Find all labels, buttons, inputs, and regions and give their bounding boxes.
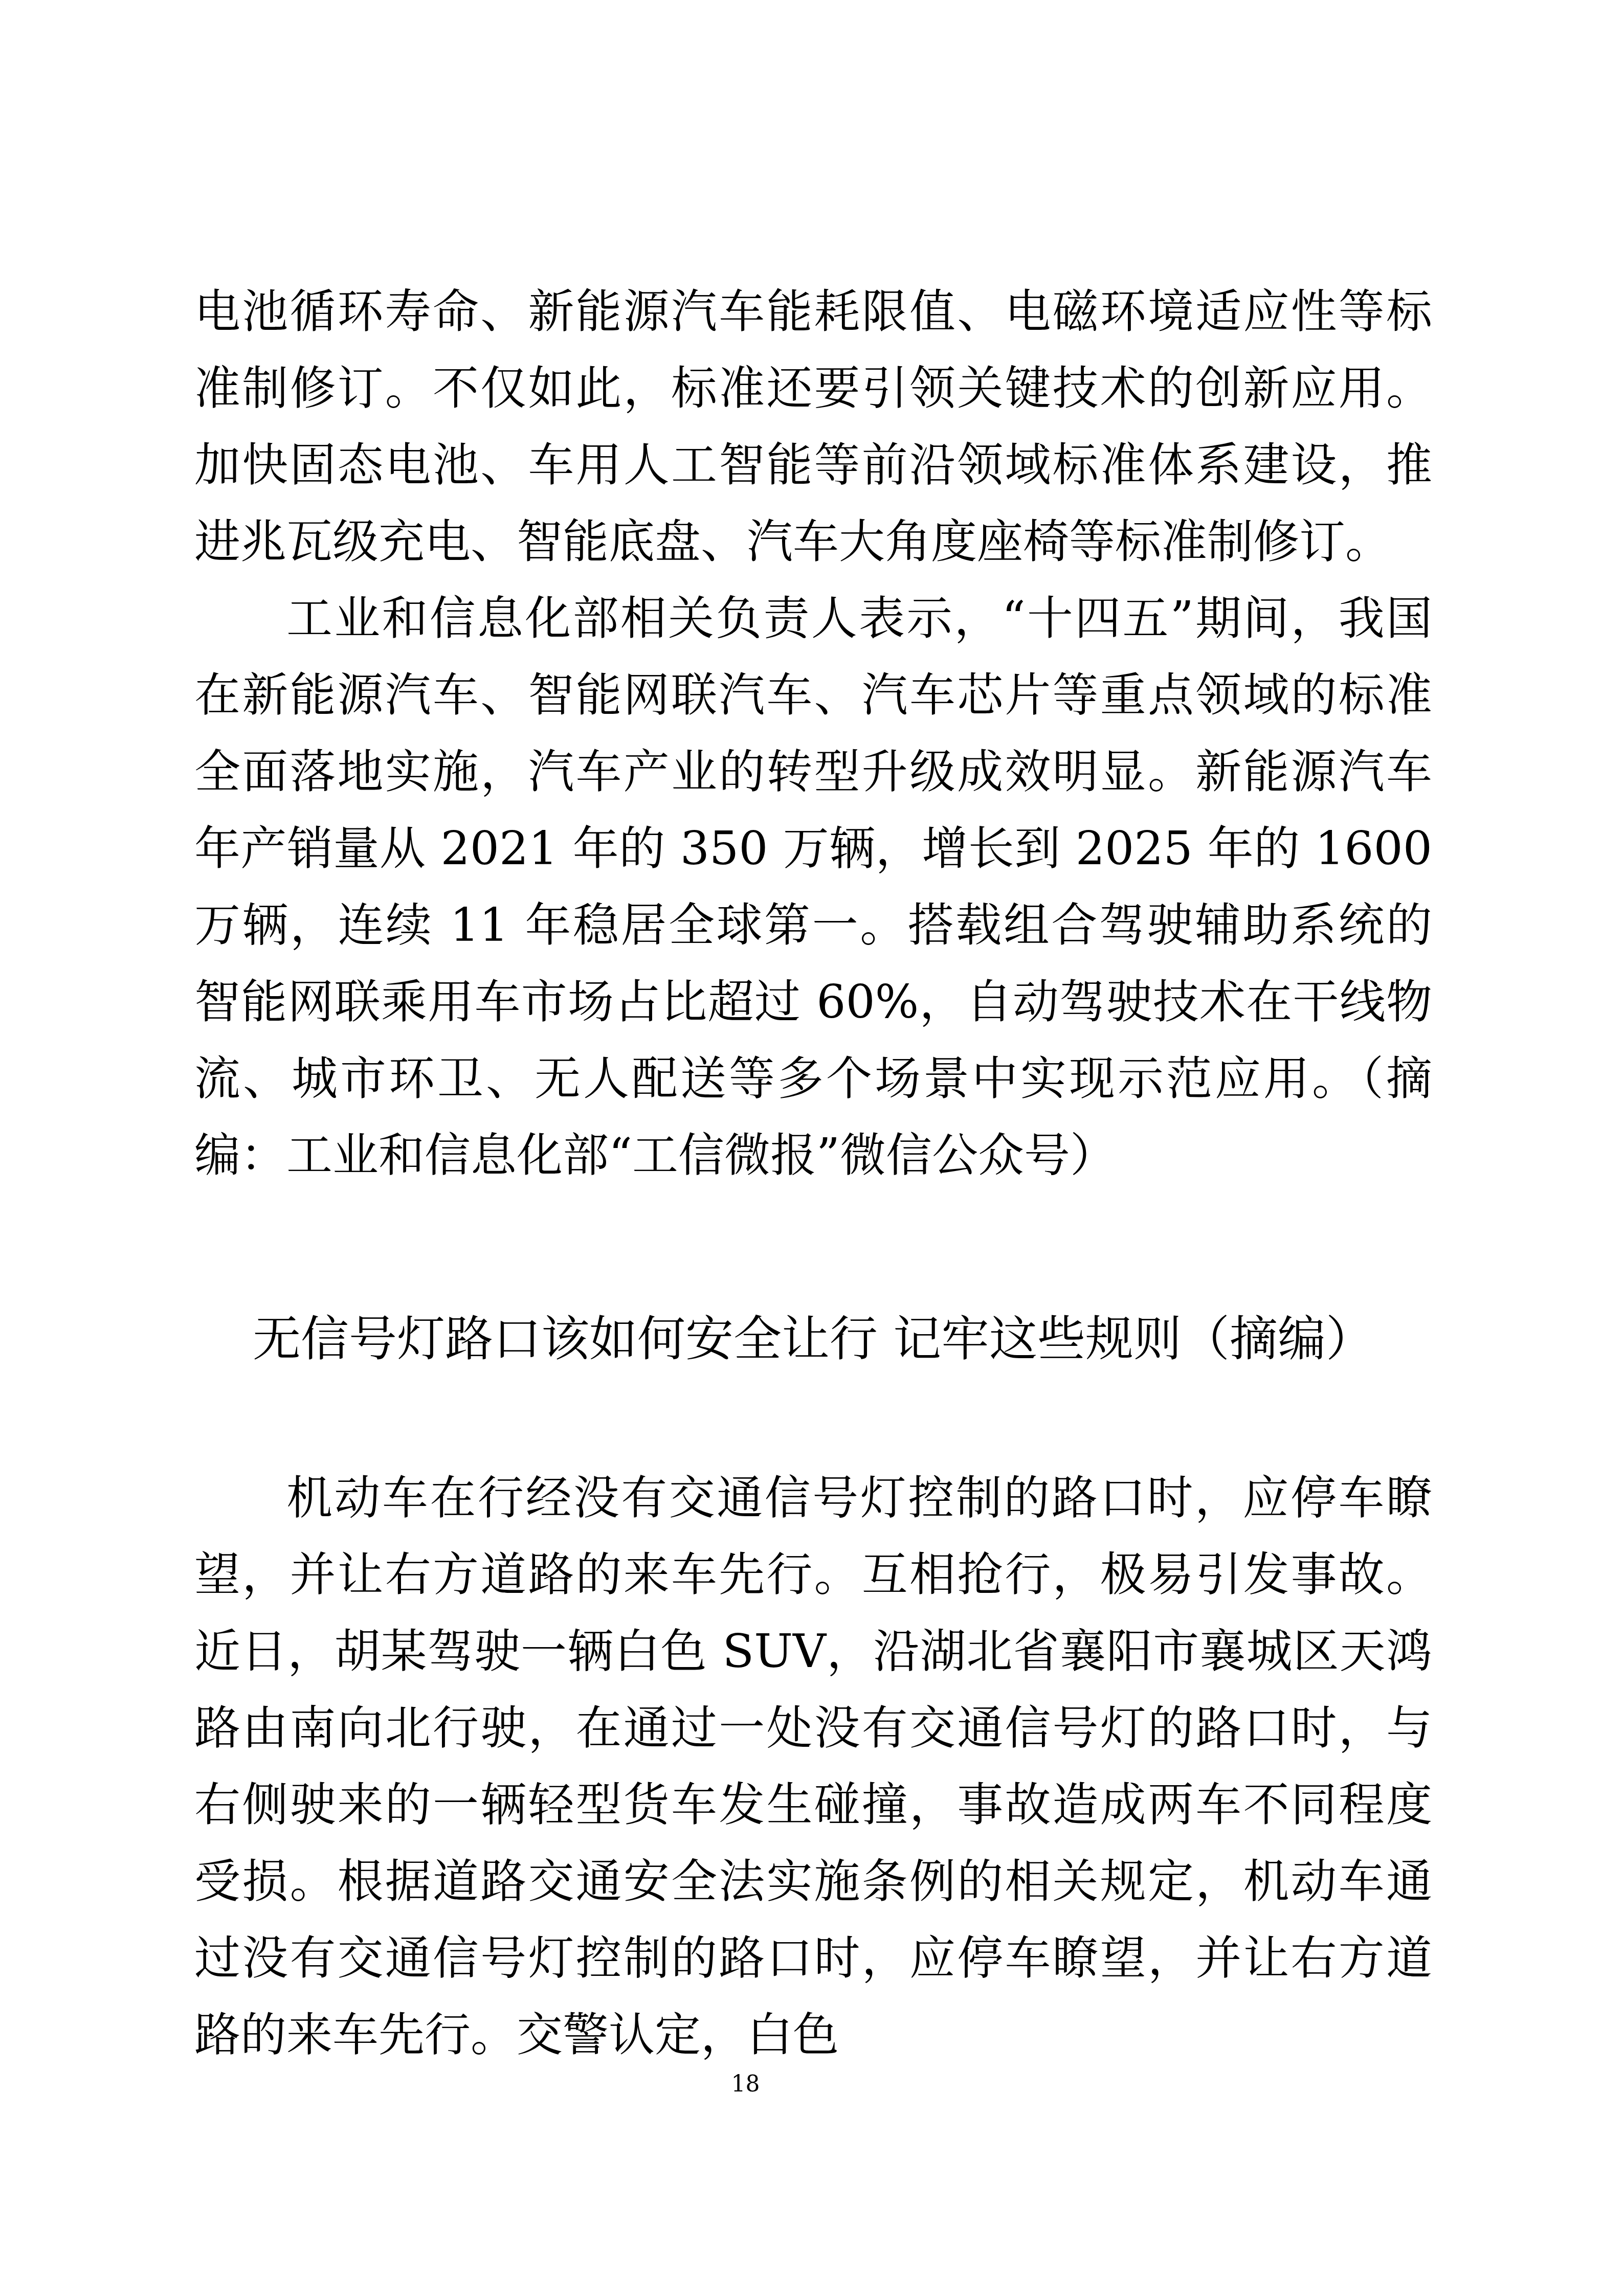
paragraph-intersection-rules: 机动车在行经没有交通信号灯控制的路口时，应停车瞭望，并让右方道路的来车先行。互相…	[194, 1460, 1432, 2074]
page-number: 18	[0, 2071, 1491, 2098]
paragraph-standards-revision: 电池循环寿命、新能源汽车能耗限值、电磁环境适应性等标准制修订。不仅如此，标准还要…	[194, 274, 1432, 580]
document-page: 电池循环寿命、新能源汽车能耗限值、电磁环境适应性等标准制修订。不仅如此，标准还要…	[0, 0, 1624, 2296]
paragraph-miit-statement: 工业和信息化部相关负责人表示，“十四五”期间，我国在新能源汽车、智能网联汽车、汽…	[194, 580, 1432, 1194]
section-heading: 无信号灯路口该如何安全让行 记牢这些规则（摘编）	[194, 1301, 1432, 1378]
